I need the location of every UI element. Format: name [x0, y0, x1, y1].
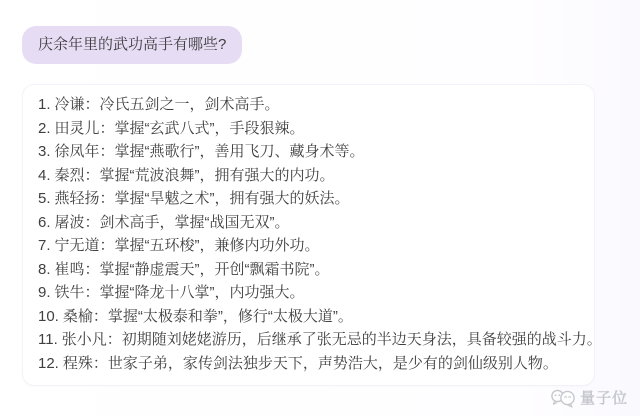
list-item-text: 秦烈：掌握“荒波浪舞”，拥有强大的内功。: [55, 167, 335, 184]
list-item-text: 徐凤年：掌握“燕歌行”，善用飞刀、藏身术等。: [55, 143, 365, 160]
list-item-text: 田灵儿：掌握“玄武八式”，手段狠辣。: [55, 120, 305, 137]
list-item-text: 程殊：世家子弟，家传剑法独步天下，声势浩大，是少有的剑仙级别人物。: [63, 355, 558, 372]
list-item-text: 崔鸣：掌握“静虚震天”，开创“飘霜书院”。: [55, 261, 330, 278]
list-item-number: 11.: [38, 331, 58, 348]
list-item: 10.桑榆：掌握“太极泰和拳”，修行“太极大道”。: [38, 305, 579, 329]
list-item-text: 冷谦：冷氏五剑之一，剑术高手。: [55, 96, 280, 113]
list-item: 5.燕轻扬：掌握“旱魃之术”，拥有强大的妖法。: [38, 187, 579, 211]
watermark: 量子位: [550, 387, 628, 408]
list-item: 3.徐凤年：掌握“燕歌行”，善用飞刀、藏身术等。: [38, 140, 579, 164]
list-item: 4.秦烈：掌握“荒波浪舞”，拥有强大的内功。: [38, 164, 579, 188]
list-item: 8.崔鸣：掌握“静虚震天”，开创“飘霜书院”。: [38, 258, 579, 282]
list-item-text: 燕轻扬：掌握“旱魃之术”，拥有强大的妖法。: [55, 190, 350, 207]
list-item-number: 4.: [38, 167, 51, 184]
list-item-text: 张小凡：初期随刘姥姥游历，后继承了张无忌的半边天身法，具备较强的战斗力。: [62, 331, 602, 348]
list-item-number: 6.: [38, 214, 51, 231]
question-bubble: 庆余年里的武功高手有哪些?: [22, 26, 242, 64]
answer-list: 1.冷谦：冷氏五剑之一，剑术高手。 2.田灵儿：掌握“玄武八式”，手段狠辣。 3…: [38, 93, 579, 375]
list-item: 7.宁无道：掌握“五环梭”，兼修内功外功。: [38, 234, 579, 258]
list-item-number: 1.: [38, 96, 51, 113]
list-item-text: 屠波：剑术高手，掌握“战国无双”。: [55, 214, 290, 231]
list-item-number: 8.: [38, 261, 51, 278]
list-item: 1.冷谦：冷氏五剑之一，剑术高手。: [38, 93, 579, 117]
answer-card: 1.冷谦：冷氏五剑之一，剑术高手。 2.田灵儿：掌握“玄武八式”，手段狠辣。 3…: [22, 84, 595, 386]
list-item: 2.田灵儿：掌握“玄武八式”，手段狠辣。: [38, 117, 579, 141]
list-item-text: 宁无道：掌握“五环梭”，兼修内功外功。: [55, 237, 320, 254]
list-item-number: 9.: [38, 284, 51, 301]
list-item: 12.程殊：世家子弟，家传剑法独步天下，声势浩大，是少有的剑仙级别人物。: [38, 352, 579, 376]
watermark-brand-text: 量子位: [580, 387, 628, 408]
list-item: 9.铁牛：掌握“降龙十八掌”，内功强大。: [38, 281, 579, 305]
list-item-text: 铁牛：掌握“降龙十八掌”，内功强大。: [55, 284, 305, 301]
list-item-number: 2.: [38, 120, 51, 137]
question-text: 庆余年里的武功高手有哪些?: [38, 36, 226, 53]
chat-faces-icon: [550, 388, 576, 408]
list-item-number: 10.: [38, 308, 59, 325]
list-item: 6.屠波：剑术高手，掌握“战国无双”。: [38, 211, 579, 235]
list-item: 11.张小凡：初期随刘姥姥游历，后继承了张无忌的半边天身法，具备较强的战斗力。: [38, 328, 579, 352]
list-item-text: 桑榆：掌握“太极泰和拳”，修行“太极大道”。: [63, 308, 353, 325]
list-item-number: 12.: [38, 355, 59, 372]
list-item-number: 7.: [38, 237, 51, 254]
list-item-number: 5.: [38, 190, 51, 207]
list-item-number: 3.: [38, 143, 51, 160]
